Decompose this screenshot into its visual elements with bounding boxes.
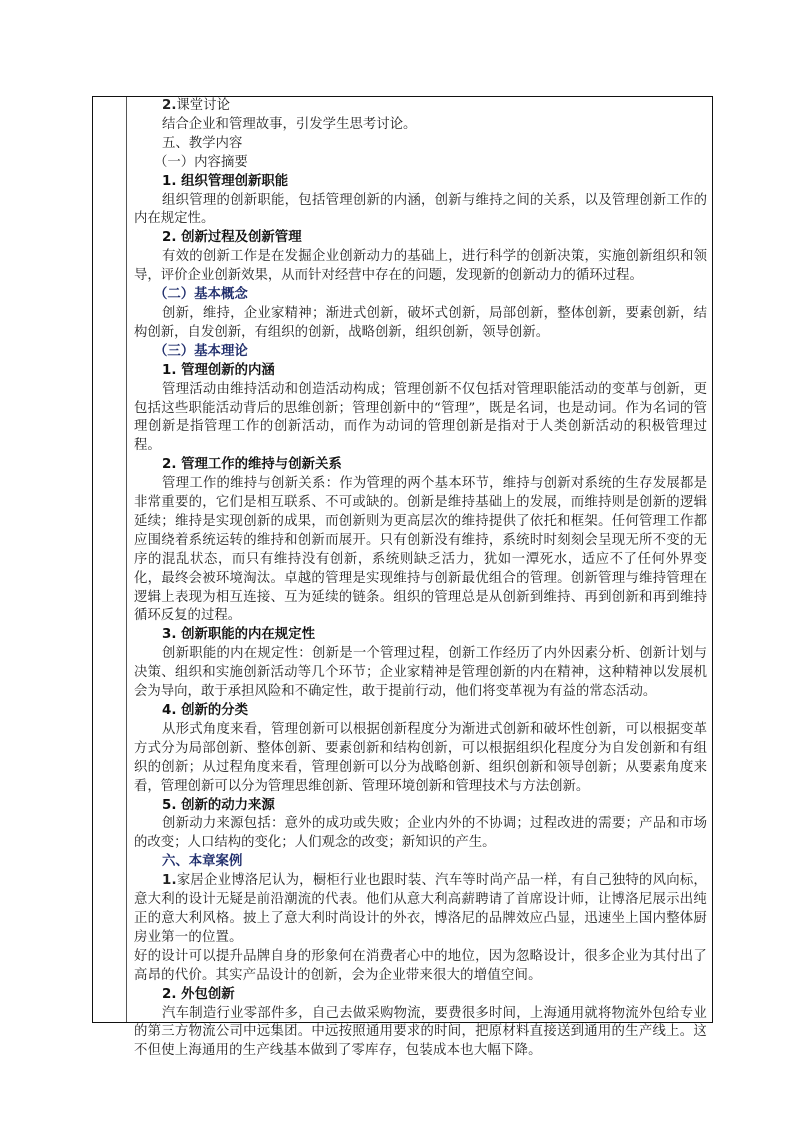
theory-item-1-title: 1. 管理创新的内涵	[134, 362, 707, 381]
concepts-text: 创新，维持，企业家精神；渐进式创新，破坏式创新，局部创新，整体创新，要素创新，结…	[134, 305, 707, 343]
case-2-title: 2. 外包创新	[134, 986, 707, 1005]
theory-item-4-title: 4. 创新的分类	[134, 702, 707, 721]
summary-title: （一）内容摘要	[134, 154, 707, 173]
theory-item-1-text: 管理活动由维持活动和创造活动构成；管理创新不仅包括对管理职能活动的变革与创新，更…	[134, 381, 707, 457]
lesson-table: 2.课堂讨论 结合企业和管理故事，引发学生思考讨论。 五、教学内容 （一）内容摘…	[92, 96, 713, 1023]
table-left-column	[93, 97, 127, 1022]
case-2-text: 汽车制造行业零部件多，自己去做采购物流，要费很多时间，上海通用就将物流外包给专业…	[134, 1005, 707, 1062]
concepts-title: （二）基本概念	[134, 286, 707, 305]
theory-item-2-text: 管理工作的维持与创新关系：作为管理的两个基本环节，维持与创新对系统的生存发展都是…	[134, 475, 707, 626]
case-1-text: 1.家居企业博洛尼认为，橱柜行业也跟时装、汽车等时尚产品一样，有自己独特的风向标…	[134, 872, 707, 948]
case-1: 1.家居企业博洛尼认为，橱柜行业也跟时装、汽车等时尚产品一样，有自己独特的风向标…	[134, 872, 707, 985]
discussion-heading: 2.课堂讨论	[134, 97, 707, 116]
theory-item-2-title: 2. 管理工作的维持与创新关系	[134, 456, 707, 475]
cases-title: 六、本章案例	[134, 853, 707, 872]
theory-item-3-title: 3. 创新职能的内在规定性	[134, 626, 707, 645]
theory-item-5-title: 5. 创新的动力来源	[134, 797, 707, 816]
theory-item-4-text: 从形式角度来看，管理创新可以根据创新程度分为渐进式创新和破坏性创新，可以根据变革…	[134, 721, 707, 797]
case-1-text-2: 好的设计可以提升品牌自身的形象何在消费者心中的地位，因为忽略设计，很多企业为其付…	[134, 948, 707, 986]
section-five-title: 五、教学内容	[134, 135, 707, 154]
theory-item-5-text: 创新动力来源包括：意外的成功或失败；企业内外的不协调；过程改进的需要；产品和市场…	[134, 815, 707, 853]
summary-item-2-title: 2. 创新过程及创新管理	[134, 229, 707, 248]
content-body: 2.课堂讨论 结合企业和管理故事，引发学生思考讨论。 五、教学内容 （一）内容摘…	[134, 97, 707, 1061]
table-content-cell: 2.课堂讨论 结合企业和管理故事，引发学生思考讨论。 五、教学内容 （一）内容摘…	[127, 97, 712, 1022]
summary-item-1-text: 组织管理的创新职能，包括管理创新的内涵，创新与维持之间的关系，以及管理创新工作的…	[134, 192, 707, 230]
summary-item-2-text: 有效的创新工作是在发掘企业创新动力的基础上，进行科学的创新决策，实施创新组织和领…	[134, 248, 707, 286]
summary-item-1-title: 1. 组织管理创新职能	[134, 173, 707, 192]
theory-item-3-text: 创新职能的内在规定性：创新是一个管理过程，创新工作经历了内外因素分析、创新计划与…	[134, 645, 707, 702]
case-2: 2. 外包创新 汽车制造行业零部件多，自己去做采购物流，要费很多时间，上海通用就…	[134, 986, 707, 1062]
theory-title: （三）基本理论	[134, 343, 707, 362]
discussion-text: 结合企业和管理故事，引发学生思考讨论。	[134, 116, 707, 135]
